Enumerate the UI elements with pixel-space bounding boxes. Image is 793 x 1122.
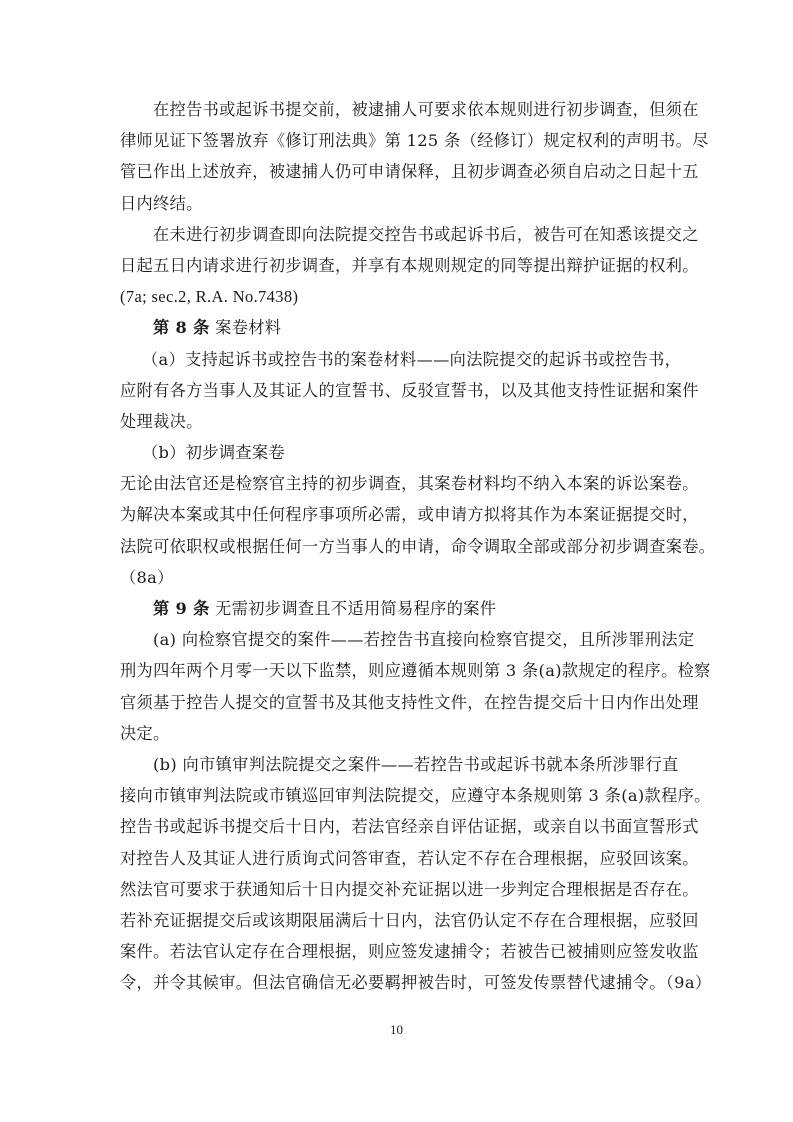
text-line: (a) 向检察官提交的案件——若控告书直接向检察官提交，且所涉罪刑法定 <box>120 624 670 655</box>
section-title: 案卷材料 <box>215 318 281 337</box>
text-line: （a）支持起诉书或控告书的案卷材料——向法院提交的起诉书或控告书， <box>120 344 670 375</box>
citation-line: (7a; sec.2, R.A. No.7438) <box>120 281 670 312</box>
text-line: 刑为四年两个月零一天以下监禁，则应遵循本规则第 3 条(a)款规定的程序。检察 <box>120 655 670 686</box>
text-line: 决定。 <box>120 718 670 749</box>
section-title: 无需初步调查且不适用简易程序的案件 <box>215 599 496 618</box>
text-line: 为解决本案或其中任何程序事项所必需，或申请方拟将其作为本案证据提交时， <box>120 499 670 530</box>
text-line: 令，并令其候审。但法官确信无必要羁押被告时，可签发传票替代逮捕令。（9a） <box>120 967 670 998</box>
page-number: 10 <box>0 1022 793 1038</box>
paragraph-section-9a: (a) 向检察官提交的案件——若控告书直接向检察官提交，且所涉罪刑法定 刑为四年… <box>120 624 670 749</box>
text-line: 对控告人及其证人进行质询式问答审查，若认定不存在合理根据，应驳回该案。 <box>120 843 670 874</box>
text-line: 法院可依职权或根据任何一方当事人的申请，命令调取全部或部分初步调查案卷。 <box>120 531 670 562</box>
text-line: 在未进行初步调查即向法院提交控告书或起诉书后，被告可在知悉该提交之 <box>120 219 670 250</box>
citation-line: （8a） <box>120 562 670 593</box>
text-line: 管已作出上述放弃，被逮捕人仍可申请保释，且初步调查必须自启动之日起十五 <box>120 156 670 187</box>
text-line: 然法官可要求于获通知后十日内提交补充证据以进一步判定合理根据是否存在。 <box>120 874 670 905</box>
subsection-heading: （b）初步调查案卷 <box>120 437 670 468</box>
paragraph-preliminary-investigation-waiver: 在控告书或起诉书提交前，被逮捕人可要求依本规则进行初步调查，但须在 律师见证下签… <box>120 94 670 219</box>
text-line: 官须基于控告人提交的宣誓书及其他支持性文件，在控告提交后十日内作出处理 <box>120 687 670 718</box>
text-line: 律师见证下签署放弃《修订刑法典》第 125 条（经修订）规定权利的声明书。尽 <box>120 125 670 156</box>
text-line: 处理裁决。 <box>120 406 670 437</box>
section-number: 第 9 条 <box>153 599 210 618</box>
section-heading-9: 第 9 条 无需初步调查且不适用简易程序的案件 <box>120 593 670 624</box>
paragraph-section-8b: （b）初步调查案卷 无论由法官还是检察官主持的初步调查，其案卷材料均不纳入本案的… <box>120 437 670 593</box>
paragraph-request-after-filing: 在未进行初步调查即向法院提交控告书或起诉书后，被告可在知悉该提交之 日起五日内请… <box>120 219 670 313</box>
section-number: 第 8 条 <box>153 318 210 337</box>
text-line: (b) 向市镇审判法院提交之案件——若控告书或起诉书就本条所涉罪行直 <box>120 749 670 780</box>
document-body: 在控告书或起诉书提交前，被逮捕人可要求依本规则进行初步调查，但须在 律师见证下签… <box>120 94 670 998</box>
section-heading-8: 第 8 条 案卷材料 <box>120 312 670 343</box>
text-line: 在控告书或起诉书提交前，被逮捕人可要求依本规则进行初步调查，但须在 <box>120 94 670 125</box>
text-line: 日起五日内请求进行初步调查，并享有本规则规定的同等提出辩护证据的权利。 <box>120 250 670 281</box>
text-line: 案件。若法官认定存在合理根据，则应签发逮捕令；若被告已被捕则应签发收监 <box>120 936 670 967</box>
text-line: 若补充证据提交后或该期限届满后十日内，法官仍认定不存在合理根据，应驳回 <box>120 905 670 936</box>
text-line: 控告书或起诉书提交后十日内，若法官经亲自评估证据，或亲自以书面宣誓形式 <box>120 811 670 842</box>
paragraph-section-8a: （a）支持起诉书或控告书的案卷材料——向法院提交的起诉书或控告书， 应附有各方当… <box>120 344 670 438</box>
paragraph-section-9b: (b) 向市镇审判法院提交之案件——若控告书或起诉书就本条所涉罪行直 接向市镇审… <box>120 749 670 999</box>
text-line: 应附有各方当事人及其证人的宣誓书、反驳宣誓书，以及其他支持性证据和案件 <box>120 375 670 406</box>
text-line: 接向市镇审判法院或市镇巡回审判法院提交，应遵守本条规则第 3 条(a)款程序。 <box>120 780 670 811</box>
document-page: 在控告书或起诉书提交前，被逮捕人可要求依本规则进行初步调查，但须在 律师见证下签… <box>0 0 793 1122</box>
text-line: 无论由法官还是检察官主持的初步调查，其案卷材料均不纳入本案的诉讼案卷。 <box>120 468 670 499</box>
text-line: 日内终结。 <box>120 188 670 219</box>
